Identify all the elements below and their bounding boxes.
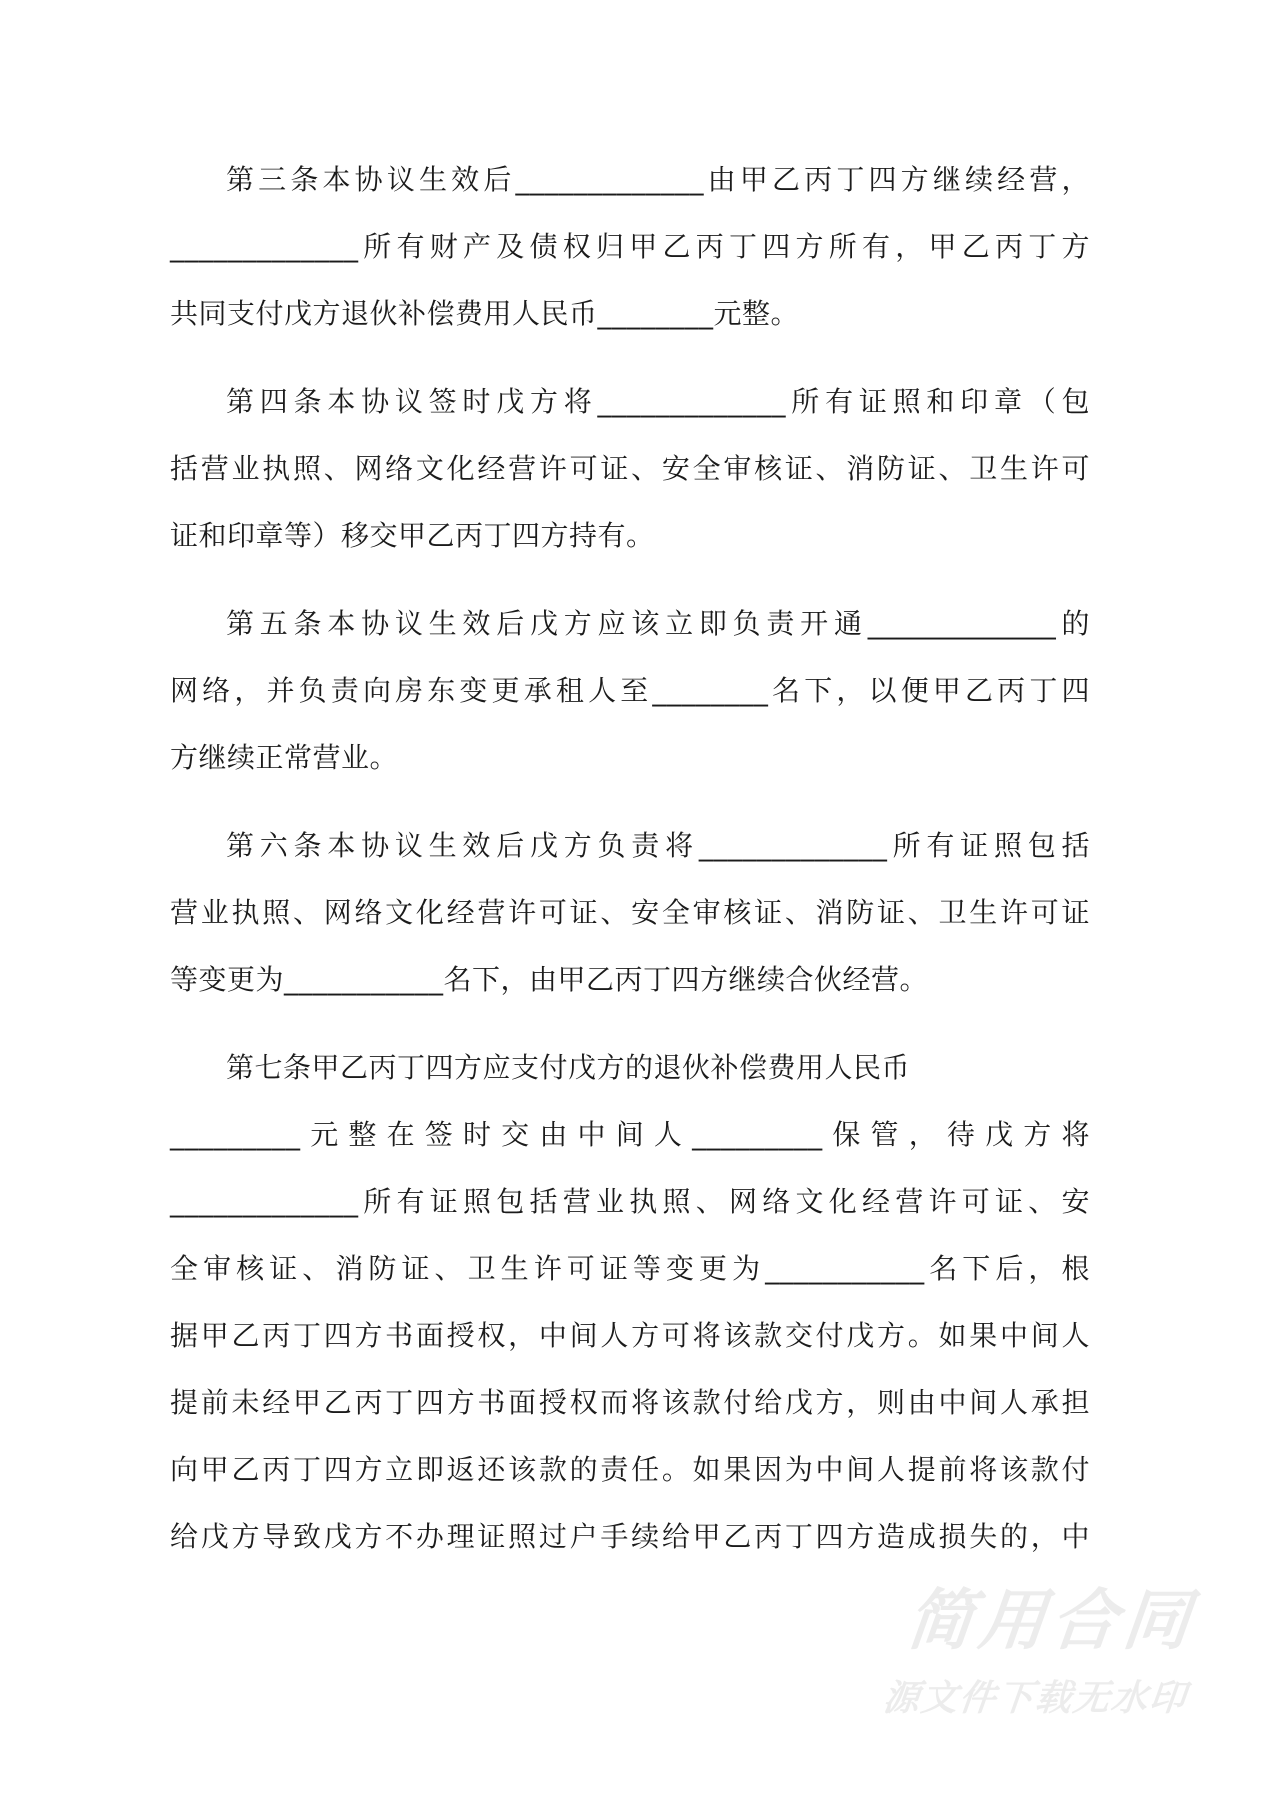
contract-line: 证和印章等）移交甲乙丙丁四方持有。 [170, 502, 1090, 569]
watermark-subtitle: 源文件下载无水印 [881, 1670, 1190, 1721]
contract-body: 第三条本协议生效后_____________由甲乙丙丁四方继续经营， _____… [170, 146, 1090, 1591]
article-6-paragraph: 第六条本协议生效后戊方负责将_____________所有证照包括 营业执照、网… [170, 812, 1090, 1013]
contract-line: 营业执照、网络文化经营许可证、安全审核证、消防证、卫生许可证 [170, 879, 1090, 946]
article-4-paragraph: 第四条本协议签时戊方将_____________所有证照和印章（包 括营业执照、… [170, 368, 1090, 569]
site-watermark: 简用合同 源文件下载无水印 [881, 1585, 1199, 1721]
contract-line: 网络，并负责向房东变更承租人至________名下，以便甲乙丙丁四 [170, 657, 1090, 724]
contract-line: 提前未经甲乙丙丁四方书面授权而将该款付给戊方，则由中间人承担 [170, 1369, 1090, 1436]
contract-line: 据甲乙丙丁四方书面授权，中间人方可将该款交付戊方。如果中间人 [170, 1302, 1090, 1369]
contract-line: _____________所有证照包括营业执照、网络文化经营许可证、安 [170, 1168, 1090, 1235]
article-5-paragraph: 第五条本协议生效后戊方应该立即负责开通_____________的 网络，并负责… [170, 590, 1090, 791]
contract-line: _________元整在签时交由中间人_________保管，待戊方将 [170, 1101, 1090, 1168]
contract-line: 第三条本协议生效后_____________由甲乙丙丁四方继续经营， [170, 146, 1090, 213]
contract-line: 全审核证、消防证、卫生许可证等变更为___________名下后，根 [170, 1235, 1090, 1302]
contract-line: 给戊方导致戊方不办理证照过户手续给甲乙丙丁四方造成损失的，中 [170, 1503, 1090, 1570]
watermark-title: 简用合同 [887, 1585, 1199, 1658]
contract-line: 等变更为___________名下，由甲乙丙丁四方继续合伙经营。 [170, 946, 1090, 1013]
contract-line: 第六条本协议生效后戊方负责将_____________所有证照包括 [170, 812, 1090, 879]
contract-line: _____________所有财产及债权归甲乙丙丁四方所有，甲乙丙丁方 [170, 213, 1090, 280]
contract-line: 括营业执照、网络文化经营许可证、安全审核证、消防证、卫生许可 [170, 435, 1090, 502]
contract-line: 向甲乙丙丁四方立即返还该款的责任。如果因为中间人提前将该款付 [170, 1436, 1090, 1503]
contract-line: 第五条本协议生效后戊方应该立即负责开通_____________的 [170, 590, 1090, 657]
contract-line: 共同支付戊方退伙补偿费用人民币________元整。 [170, 280, 1090, 347]
article-7-paragraph: 第七条甲乙丙丁四方应支付戊方的退伙补偿费用人民币 _________元整在签时交… [170, 1034, 1090, 1570]
contract-line: 第七条甲乙丙丁四方应支付戊方的退伙补偿费用人民币 [170, 1034, 1090, 1101]
article-3-paragraph: 第三条本协议生效后_____________由甲乙丙丁四方继续经营， _____… [170, 146, 1090, 347]
contract-line: 方继续正常营业。 [170, 724, 1090, 791]
contract-line: 第四条本协议签时戊方将_____________所有证照和印章（包 [170, 368, 1090, 435]
contract-page: 第三条本协议生效后_____________由甲乙丙丁四方继续经营， _____… [0, 0, 1280, 1810]
